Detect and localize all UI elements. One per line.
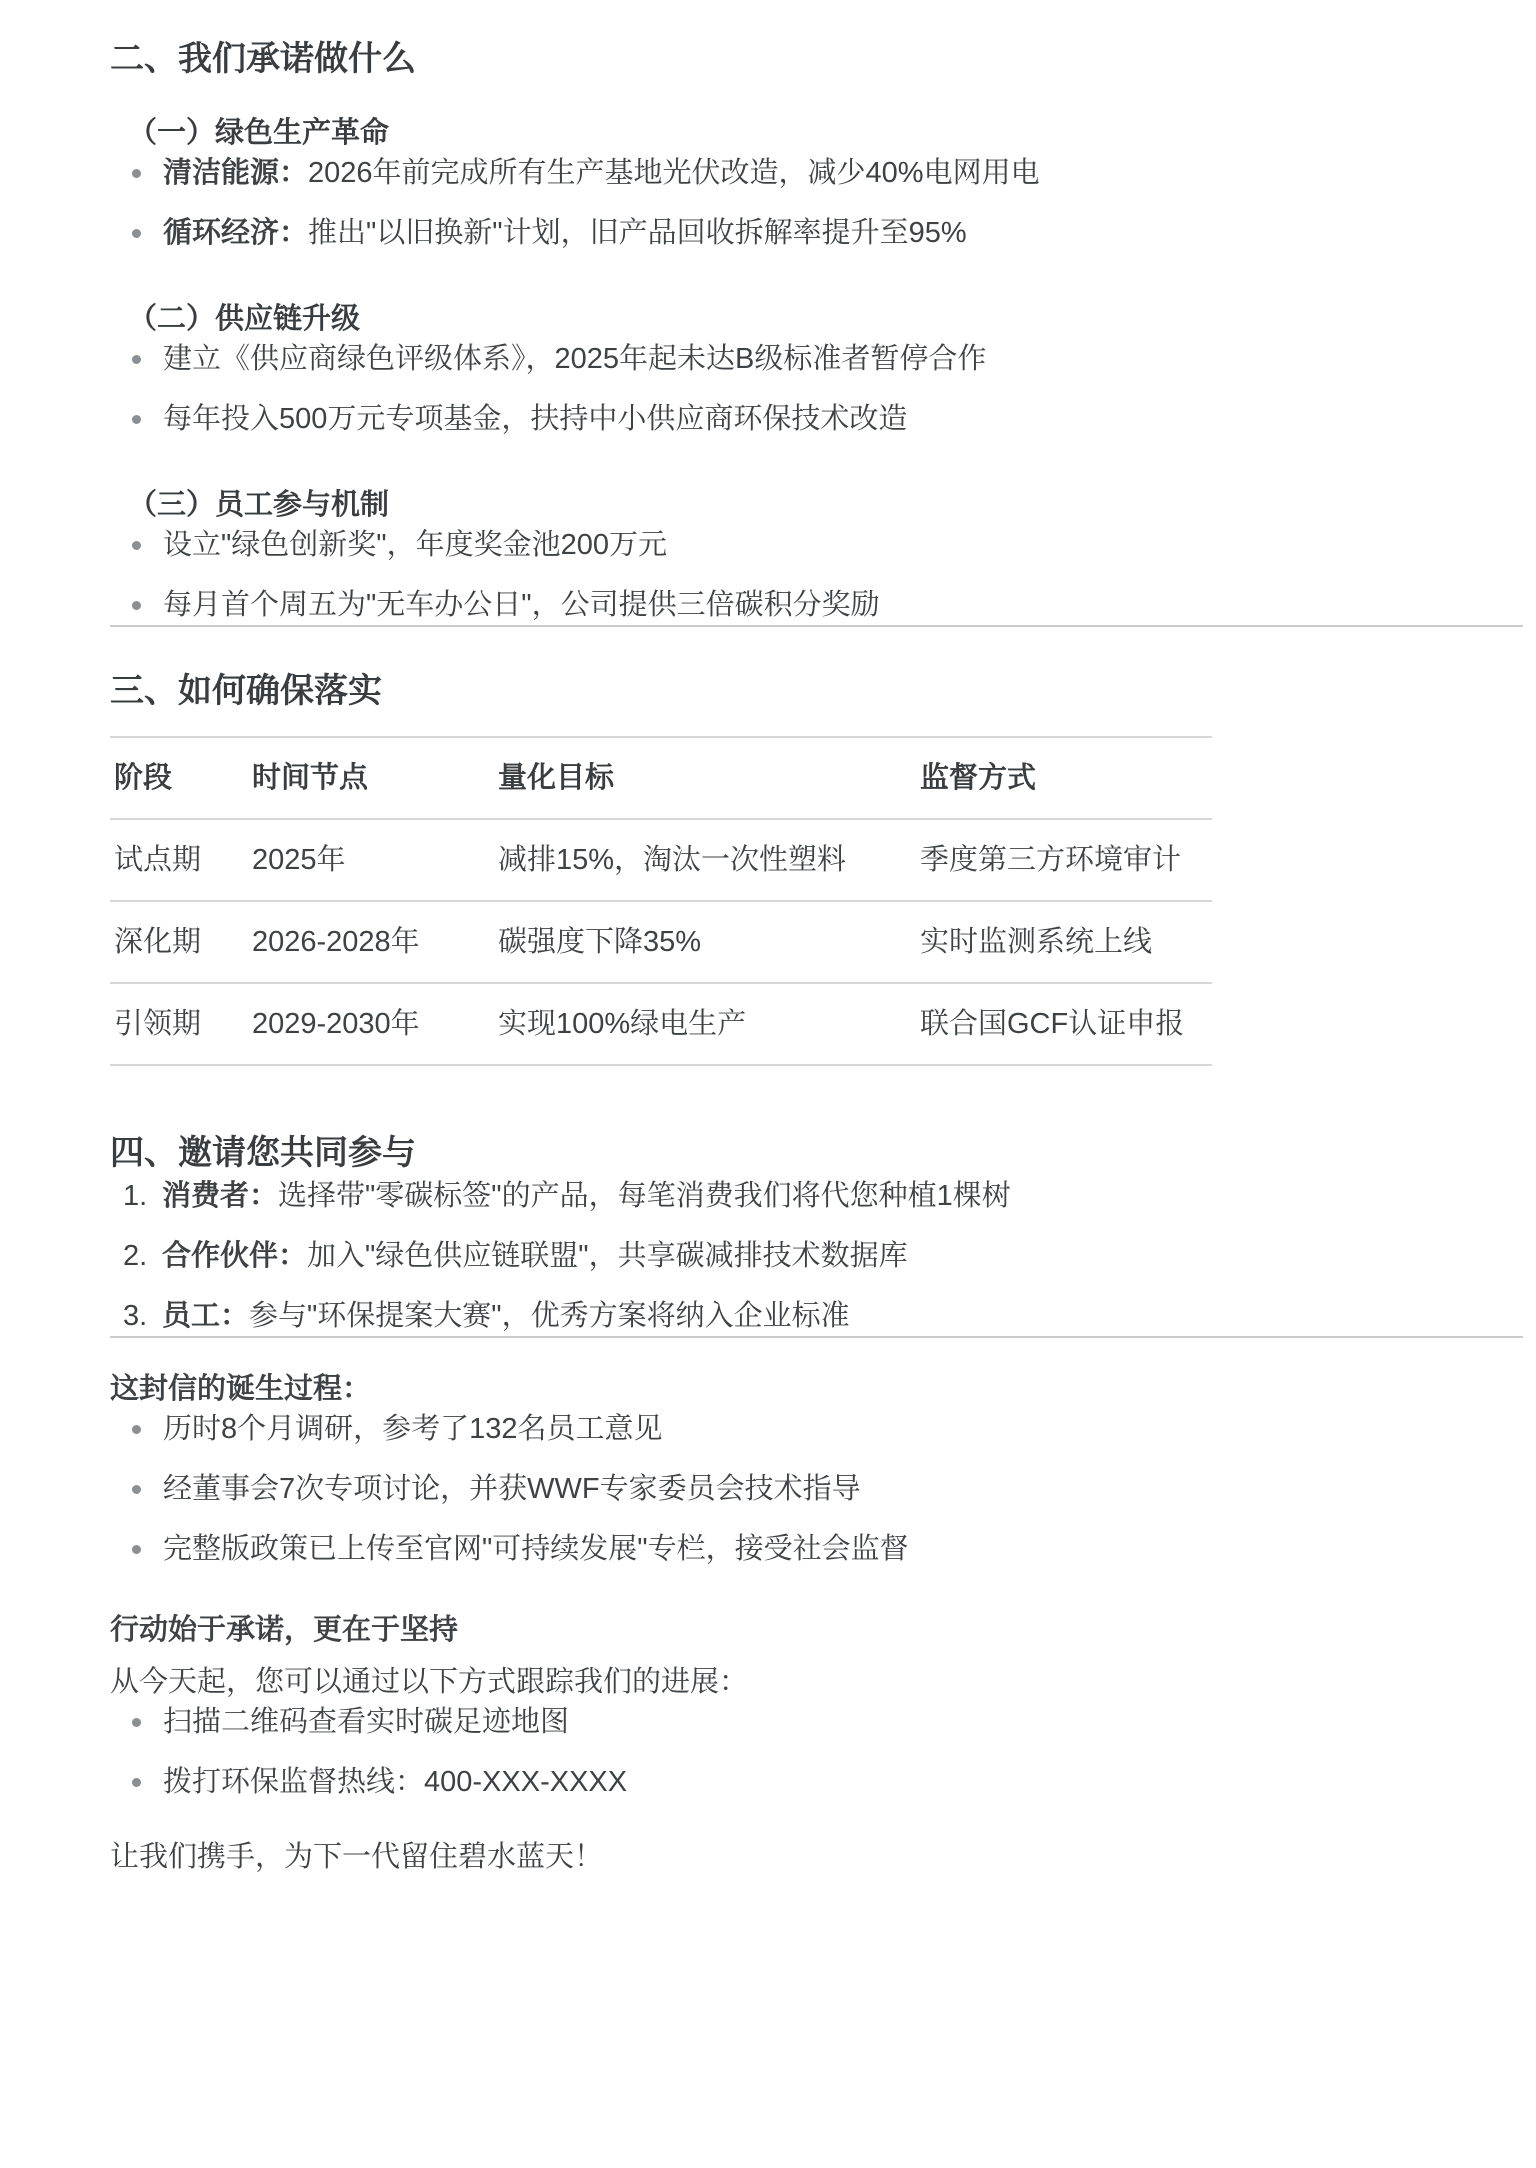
item-text: 2026年前完成所有生产基地光伏改造，减少40%电网用电 — [308, 157, 1040, 189]
bullet-dot-icon — [132, 601, 141, 610]
letter-origin-lead: 这封信的诞生过程： — [110, 1369, 1523, 1409]
list-item: 扫描二维码查看实时碳足迹地图 — [132, 1702, 1523, 1742]
bullet-dot-icon — [132, 541, 141, 550]
item-number: 1. — [123, 1176, 147, 1216]
cell-target: 碳强度下降35% — [494, 901, 916, 983]
list-item: 2.合作伙伴：加入"绿色供应链联盟"，共享碳减排技术数据库 — [123, 1236, 1523, 1276]
section-divider — [110, 625, 1523, 627]
table-row: 引领期 2029-2030年 实现100%绿电生产 联合国GCF认证申报 — [110, 983, 1212, 1065]
green-production-list: 清洁能源：2026年前完成所有生产基地光伏改造，减少40%电网用电 循环经济：推… — [110, 153, 1523, 253]
list-item: 1.消费者：选择带"零碳标签"的产品，每笔消费我们将代您种植1棵树 — [123, 1176, 1523, 1216]
item-text: 选择带"零碳标签"的产品，每笔消费我们将代您种植1棵树 — [278, 1180, 1011, 1212]
item-text: 加入"绿色供应链联盟"，共享碳减排技术数据库 — [307, 1240, 908, 1272]
list-item: 每月首个周五为"无车办公日"，公司提供三倍碳积分奖励 — [132, 585, 1523, 625]
closing-line: 让我们携手，为下一代留住碧水蓝天！ — [110, 1837, 1523, 1877]
cell-supervision: 季度第三方环境审计 — [916, 819, 1212, 901]
list-item: 3.员工：参与"环保提案大赛"，优秀方案将纳入企业标准 — [123, 1296, 1523, 1336]
item-term: 消费者： — [162, 1180, 278, 1212]
list-item: 完整版政策已上传至官网"可持续发展"专栏，接受社会监督 — [132, 1529, 1523, 1569]
action-slogan: 行动始于承诺，更在于坚持 — [110, 1610, 1523, 1650]
list-item: 设立"绿色创新奖"，年度奖金池200万元 — [132, 525, 1523, 565]
cell-phase: 试点期 — [110, 819, 248, 901]
item-text: 设立"绿色创新奖"，年度奖金池200万元 — [163, 529, 667, 561]
cell-phase: 引领期 — [110, 983, 248, 1065]
item-text: 历时8个月调研，参考了132名员工意见 — [163, 1413, 663, 1445]
cell-timeline: 2025年 — [248, 819, 494, 901]
tracking-intro: 从今天起，您可以通过以下方式跟踪我们的进展： — [110, 1662, 1523, 1702]
cell-timeline: 2029-2030年 — [248, 983, 494, 1065]
item-text: 拨打环保监督热线：400-XXX-XXXX — [163, 1766, 627, 1798]
bullet-dot-icon — [132, 1778, 141, 1787]
cell-phase: 深化期 — [110, 901, 248, 983]
subsection-title-supply-chain: （二）供应链升级 — [128, 299, 1523, 339]
item-text: 经董事会7次专项讨论，并获WWF专家委员会技术指导 — [163, 1473, 861, 1505]
implementation-phases-table: 阶段 时间节点 量化目标 监督方式 试点期 2025年 减排15%，淘汰一次性塑… — [110, 736, 1212, 1066]
column-header-phase: 阶段 — [110, 737, 248, 819]
invitation-list: 1.消费者：选择带"零碳标签"的产品，每笔消费我们将代您种植1棵树 2.合作伙伴… — [110, 1176, 1523, 1336]
list-item: 拨打环保监督热线：400-XXX-XXXX — [132, 1762, 1523, 1802]
list-item: 清洁能源：2026年前完成所有生产基地光伏改造，减少40%电网用电 — [132, 153, 1523, 193]
bullet-dot-icon — [132, 415, 141, 424]
document-page: 二、我们承诺做什么 （一）绿色生产革命 清洁能源：2026年前完成所有生产基地光… — [0, 0, 1536, 2168]
item-term: 员工： — [162, 1300, 249, 1332]
list-item: 循环经济：推出"以旧换新"计划，旧产品回收拆解率提升至95% — [132, 213, 1523, 253]
column-header-target: 量化目标 — [494, 737, 916, 819]
list-item: 每年投入500万元专项基金，扶持中小供应商环保技术改造 — [132, 399, 1523, 439]
supply-chain-list: 建立《供应商绿色评级体系》，2025年起未达B级标准者暂停合作 每年投入500万… — [110, 339, 1523, 439]
cell-timeline: 2026-2028年 — [248, 901, 494, 983]
section-title-commitments: 二、我们承诺做什么 — [110, 36, 1523, 82]
item-text: 每年投入500万元专项基金，扶持中小供应商环保技术改造 — [163, 403, 907, 435]
bullet-dot-icon — [132, 1718, 141, 1727]
item-text: 建立《供应商绿色评级体系》，2025年起未达B级标准者暂停合作 — [163, 343, 986, 375]
bullet-dot-icon — [132, 1545, 141, 1554]
section-divider — [110, 1336, 1523, 1338]
cell-supervision: 联合国GCF认证申报 — [916, 983, 1212, 1065]
list-item: 历时8个月调研，参考了132名员工意见 — [132, 1409, 1523, 1449]
cell-supervision: 实时监测系统上线 — [916, 901, 1212, 983]
item-term: 清洁能源： — [163, 157, 308, 189]
item-term: 循环经济： — [163, 217, 308, 249]
item-text: 参与"环保提案大赛"，优秀方案将纳入企业标准 — [249, 1300, 850, 1332]
bullet-dot-icon — [132, 1485, 141, 1494]
item-text: 完整版政策已上传至官网"可持续发展"专栏，接受社会监督 — [163, 1533, 909, 1565]
item-text: 推出"以旧换新"计划，旧产品回收拆解率提升至95% — [308, 217, 967, 249]
section-title-implementation: 三、如何确保落实 — [110, 668, 1523, 714]
table-header-row: 阶段 时间节点 量化目标 监督方式 — [110, 737, 1212, 819]
bullet-dot-icon — [132, 169, 141, 178]
column-header-supervision: 监督方式 — [916, 737, 1212, 819]
table-row: 试点期 2025年 减排15%，淘汰一次性塑料 季度第三方环境审计 — [110, 819, 1212, 901]
list-item: 建立《供应商绿色评级体系》，2025年起未达B级标准者暂停合作 — [132, 339, 1523, 379]
item-number: 3. — [123, 1296, 147, 1336]
employee-participation-list: 设立"绿色创新奖"，年度奖金池200万元 每月首个周五为"无车办公日"，公司提供… — [110, 525, 1523, 625]
bullet-dot-icon — [132, 229, 141, 238]
column-header-timeline: 时间节点 — [248, 737, 494, 819]
table-row: 深化期 2026-2028年 碳强度下降35% 实时监测系统上线 — [110, 901, 1212, 983]
list-item: 经董事会7次专项讨论，并获WWF专家委员会技术指导 — [132, 1469, 1523, 1509]
section-title-invitation: 四、邀请您共同参与 — [110, 1130, 1523, 1176]
item-term: 合作伙伴： — [162, 1240, 307, 1272]
cell-target: 减排15%，淘汰一次性塑料 — [494, 819, 916, 901]
item-text: 每月首个周五为"无车办公日"，公司提供三倍碳积分奖励 — [163, 589, 880, 621]
cell-target: 实现100%绿电生产 — [494, 983, 916, 1065]
tracking-list: 扫描二维码查看实时碳足迹地图 拨打环保监督热线：400-XXX-XXXX — [110, 1702, 1523, 1802]
item-text: 扫描二维码查看实时碳足迹地图 — [163, 1706, 569, 1738]
item-number: 2. — [123, 1236, 147, 1276]
letter-origin-list: 历时8个月调研，参考了132名员工意见 经董事会7次专项讨论，并获WWF专家委员… — [110, 1409, 1523, 1569]
subsection-title-green-production: （一）绿色生产革命 — [128, 113, 1523, 153]
bullet-dot-icon — [132, 1425, 141, 1434]
subsection-title-employee-participation: （三）员工参与机制 — [128, 485, 1523, 525]
bullet-dot-icon — [132, 355, 141, 364]
